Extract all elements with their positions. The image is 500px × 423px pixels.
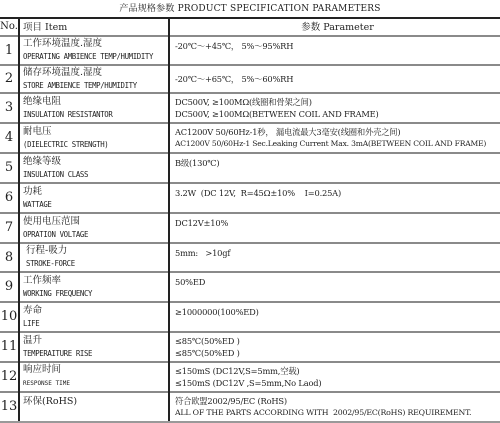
parameter-cell: AC1200V 50/60Hz-1秒， 漏电流最大3毫安(线圈和外壳之间) AC… xyxy=(169,123,500,153)
parameter-cell: ≥1000000(100%ED) xyxy=(169,302,500,332)
item-cell: 绝缘等级 INSULATION CLASS xyxy=(19,153,169,183)
parameter-cell: 5mm: >10gf xyxy=(169,243,500,272)
row-number: 7 xyxy=(0,213,19,243)
item-name-cn: 绝缘电阻 xyxy=(23,96,168,108)
parameter-line: ≤85℃(50%ED ) xyxy=(175,347,500,359)
header-item-label: 项目 Item xyxy=(23,22,67,33)
item-cell: 工作频率 WORKING FREQUENCY xyxy=(19,272,169,302)
item-cell: 寿命 LIFE xyxy=(19,302,169,332)
table-row: 7 使用电压范围 OPRATION VOLTAGE DC12V±10% xyxy=(0,213,500,243)
item-name-en: STORE AMBIENCE TEMP/HUMIDITY xyxy=(23,80,137,92)
item-cell: 工作环境温度.湿度 OPERATING AMBIENCE TEMP/HUMIDI… xyxy=(19,36,169,65)
parameter-line: -20℃～+65℃， 5%～60%RH xyxy=(175,73,500,85)
item-name-cn: 储存环境温度.湿度 xyxy=(23,67,168,79)
item-name-en: RESPONSE TIME xyxy=(23,380,70,387)
item-name-cn: 环保(RoHS) xyxy=(23,396,168,408)
item-name-en: STROKE-FORCE xyxy=(26,258,75,270)
table-row: 12 响应时间 RESPONSE TIME ≤150mS (DC12V,S=5m… xyxy=(0,362,500,392)
item-name-cn: 工作频率 xyxy=(23,275,168,287)
item-cell: 功耗 WATTAGE xyxy=(19,183,169,213)
table-row: 13 环保(RoHS) 符合欧盟2002/95/EC (RoHS) ALL OF… xyxy=(0,392,500,422)
item-name-cn: 绝缘等级 xyxy=(23,156,168,168)
parameter-line: ≤150mS (DC12V,S=5mm,空载) xyxy=(175,365,500,377)
parameter-line: AC1200V 50/60Hz-1 Sec.Leaking Current Ma… xyxy=(175,138,500,150)
item-cell: 耐电压 (DIELECTRIC STRENGTH) xyxy=(19,123,169,153)
parameter-cell: ≤150mS (DC12V,S=5mm,空载) ≤150mS (DC12V ,S… xyxy=(169,362,500,392)
item-name-en: LIFE xyxy=(23,318,39,330)
table-row: 10 寿命 LIFE ≥1000000(100%ED) xyxy=(0,302,500,332)
row-number: 13 xyxy=(0,392,19,422)
item-name-cn: 行程-吸力 xyxy=(26,245,168,257)
parameter-line: ≥1000000(100%ED) xyxy=(175,306,500,318)
row-number: 8 xyxy=(0,243,19,272)
parameter-line: DC12V±10% xyxy=(175,217,500,229)
row-number: 12 xyxy=(0,362,19,392)
item-name-cn: 响应时间 xyxy=(23,364,168,376)
item-cell: 绝缘电阻 INSULATION RESISTANTOR xyxy=(19,93,169,123)
row-number: 5 xyxy=(0,153,19,183)
table-row: 6 功耗 WATTAGE 3.2W (DC 12V, R=45Ω±10% I=0… xyxy=(0,183,500,213)
parameter-cell: ≤85℃(50%ED ) ≤85℃(50%ED ) xyxy=(169,332,500,362)
item-name-en: WORKING FREQUENCY xyxy=(23,288,92,300)
item-cell: 环保(RoHS) xyxy=(19,392,169,422)
row-number: 10 xyxy=(0,302,19,332)
parameter-line: 5mm: >10gf xyxy=(175,247,500,259)
table-row: 4 耐电压 (DIELECTRIC STRENGTH) AC1200V 50/6… xyxy=(0,123,500,153)
parameter-line: ≤150mS (DC12V ,S=5mm,No Laod) xyxy=(175,377,500,389)
item-cell: 储存环境温度.湿度 STORE AMBIENCE TEMP/HUMIDITY xyxy=(19,65,169,93)
parameter-cell: B级(130℃) xyxy=(169,153,500,183)
table-row: 11 温升 TEMPERAITURE RISE ≤85℃(50%ED ) ≤85… xyxy=(0,332,500,362)
row-number: 4 xyxy=(0,123,19,153)
header-parameter: 参数 Parameter xyxy=(169,18,500,36)
header-no: No. xyxy=(0,18,19,36)
row-number: 9 xyxy=(0,272,19,302)
parameter-line: AC1200V 50/60Hz-1秒， 漏电流最大3毫安(线圈和外壳之间) xyxy=(175,126,500,138)
table-row: 8 行程-吸力 STROKE-FORCE 5mm: >10gf xyxy=(0,243,500,272)
item-name-en: OPERATING AMBIENCE TEMP/HUMIDITY xyxy=(23,51,153,63)
item-name-cn: 使用电压范围 xyxy=(23,216,168,228)
parameter-line: ≤85℃(50%ED ) xyxy=(175,335,500,347)
parameter-line: 3.2W (DC 12V, R=45Ω±10% I=0.25A) xyxy=(175,187,500,199)
parameter-cell: 50%ED xyxy=(169,272,500,302)
parameter-cell: DC500V, ≥100MΩ(线圈和骨架之间) DC500V, ≥100MΩ(B… xyxy=(169,93,500,123)
row-number: 1 xyxy=(0,36,19,65)
header-parameter-label: 参数 Parameter xyxy=(301,22,373,33)
table-row: 2 储存环境温度.湿度 STORE AMBIENCE TEMP/HUMIDITY… xyxy=(0,65,500,93)
item-name-en: (DIELECTRIC STRENGTH) xyxy=(23,139,108,151)
table-row: 3 绝缘电阻 INSULATION RESISTANTOR DC500V, ≥1… xyxy=(0,93,500,123)
header-item: 项目 Item xyxy=(19,18,169,36)
item-name-en: INSULATION CLASS xyxy=(23,169,88,181)
row-number: 2 xyxy=(0,65,19,93)
specification-table: No. 项目 Item 参数 Parameter 1 工作环境温度.湿度 OPE… xyxy=(0,17,500,423)
item-cell: 响应时间 RESPONSE TIME xyxy=(19,362,169,392)
parameter-cell: 符合欧盟2002/95/EC (RoHS) ALL OF THE PARTS A… xyxy=(169,392,500,422)
document-title: 产品规格参数 PRODUCT SPECIFICATION PARAMETERS xyxy=(0,1,500,14)
item-cell: 使用电压范围 OPRATION VOLTAGE xyxy=(19,213,169,243)
item-name-en: WATTAGE xyxy=(23,199,51,211)
row-number: 6 xyxy=(0,183,19,213)
parameter-line: ALL OF THE PARTS ACCORDING WITH 2002/95/… xyxy=(175,407,500,419)
item-cell: 行程-吸力 STROKE-FORCE xyxy=(19,243,169,272)
parameter-line: 50%ED xyxy=(175,276,500,288)
parameter-cell: -20℃～+65℃， 5%～60%RH xyxy=(169,65,500,93)
table-row: 9 工作频率 WORKING FREQUENCY 50%ED xyxy=(0,272,500,302)
item-cell: 温升 TEMPERAITURE RISE xyxy=(19,332,169,362)
parameter-cell: -20℃～+45℃， 5%～95%RH xyxy=(169,36,500,65)
parameter-line: B级(130℃) xyxy=(175,157,500,169)
table-row: 5 绝缘等级 INSULATION CLASS B级(130℃) xyxy=(0,153,500,183)
table-row: 1 工作环境温度.湿度 OPERATING AMBIENCE TEMP/HUMI… xyxy=(0,36,500,65)
item-name-cn: 耐电压 xyxy=(23,126,168,138)
parameter-line: 符合欧盟2002/95/EC (RoHS) xyxy=(175,395,500,407)
item-name-cn: 温升 xyxy=(23,335,168,347)
item-name-en: INSULATION RESISTANTOR xyxy=(23,109,112,121)
parameter-line: DC500V, ≥100MΩ(BETWEEN COIL AND FRAME) xyxy=(175,108,500,120)
parameter-line: -20℃～+45℃， 5%～95%RH xyxy=(175,40,500,52)
table-header-row: No. 项目 Item 参数 Parameter xyxy=(0,18,500,36)
item-name-en: OPRATION VOLTAGE xyxy=(23,229,88,241)
row-number: 11 xyxy=(0,332,19,362)
item-name-en: TEMPERAITURE RISE xyxy=(23,348,92,360)
row-number: 3 xyxy=(0,93,19,123)
item-name-cn: 功耗 xyxy=(23,186,168,198)
parameter-line: DC500V, ≥100MΩ(线圈和骨架之间) xyxy=(175,96,500,108)
parameter-cell: 3.2W (DC 12V, R=45Ω±10% I=0.25A) xyxy=(169,183,500,213)
item-name-cn: 工作环境温度.湿度 xyxy=(23,38,168,50)
parameter-cell: DC12V±10% xyxy=(169,213,500,243)
item-name-cn: 寿命 xyxy=(23,305,168,317)
